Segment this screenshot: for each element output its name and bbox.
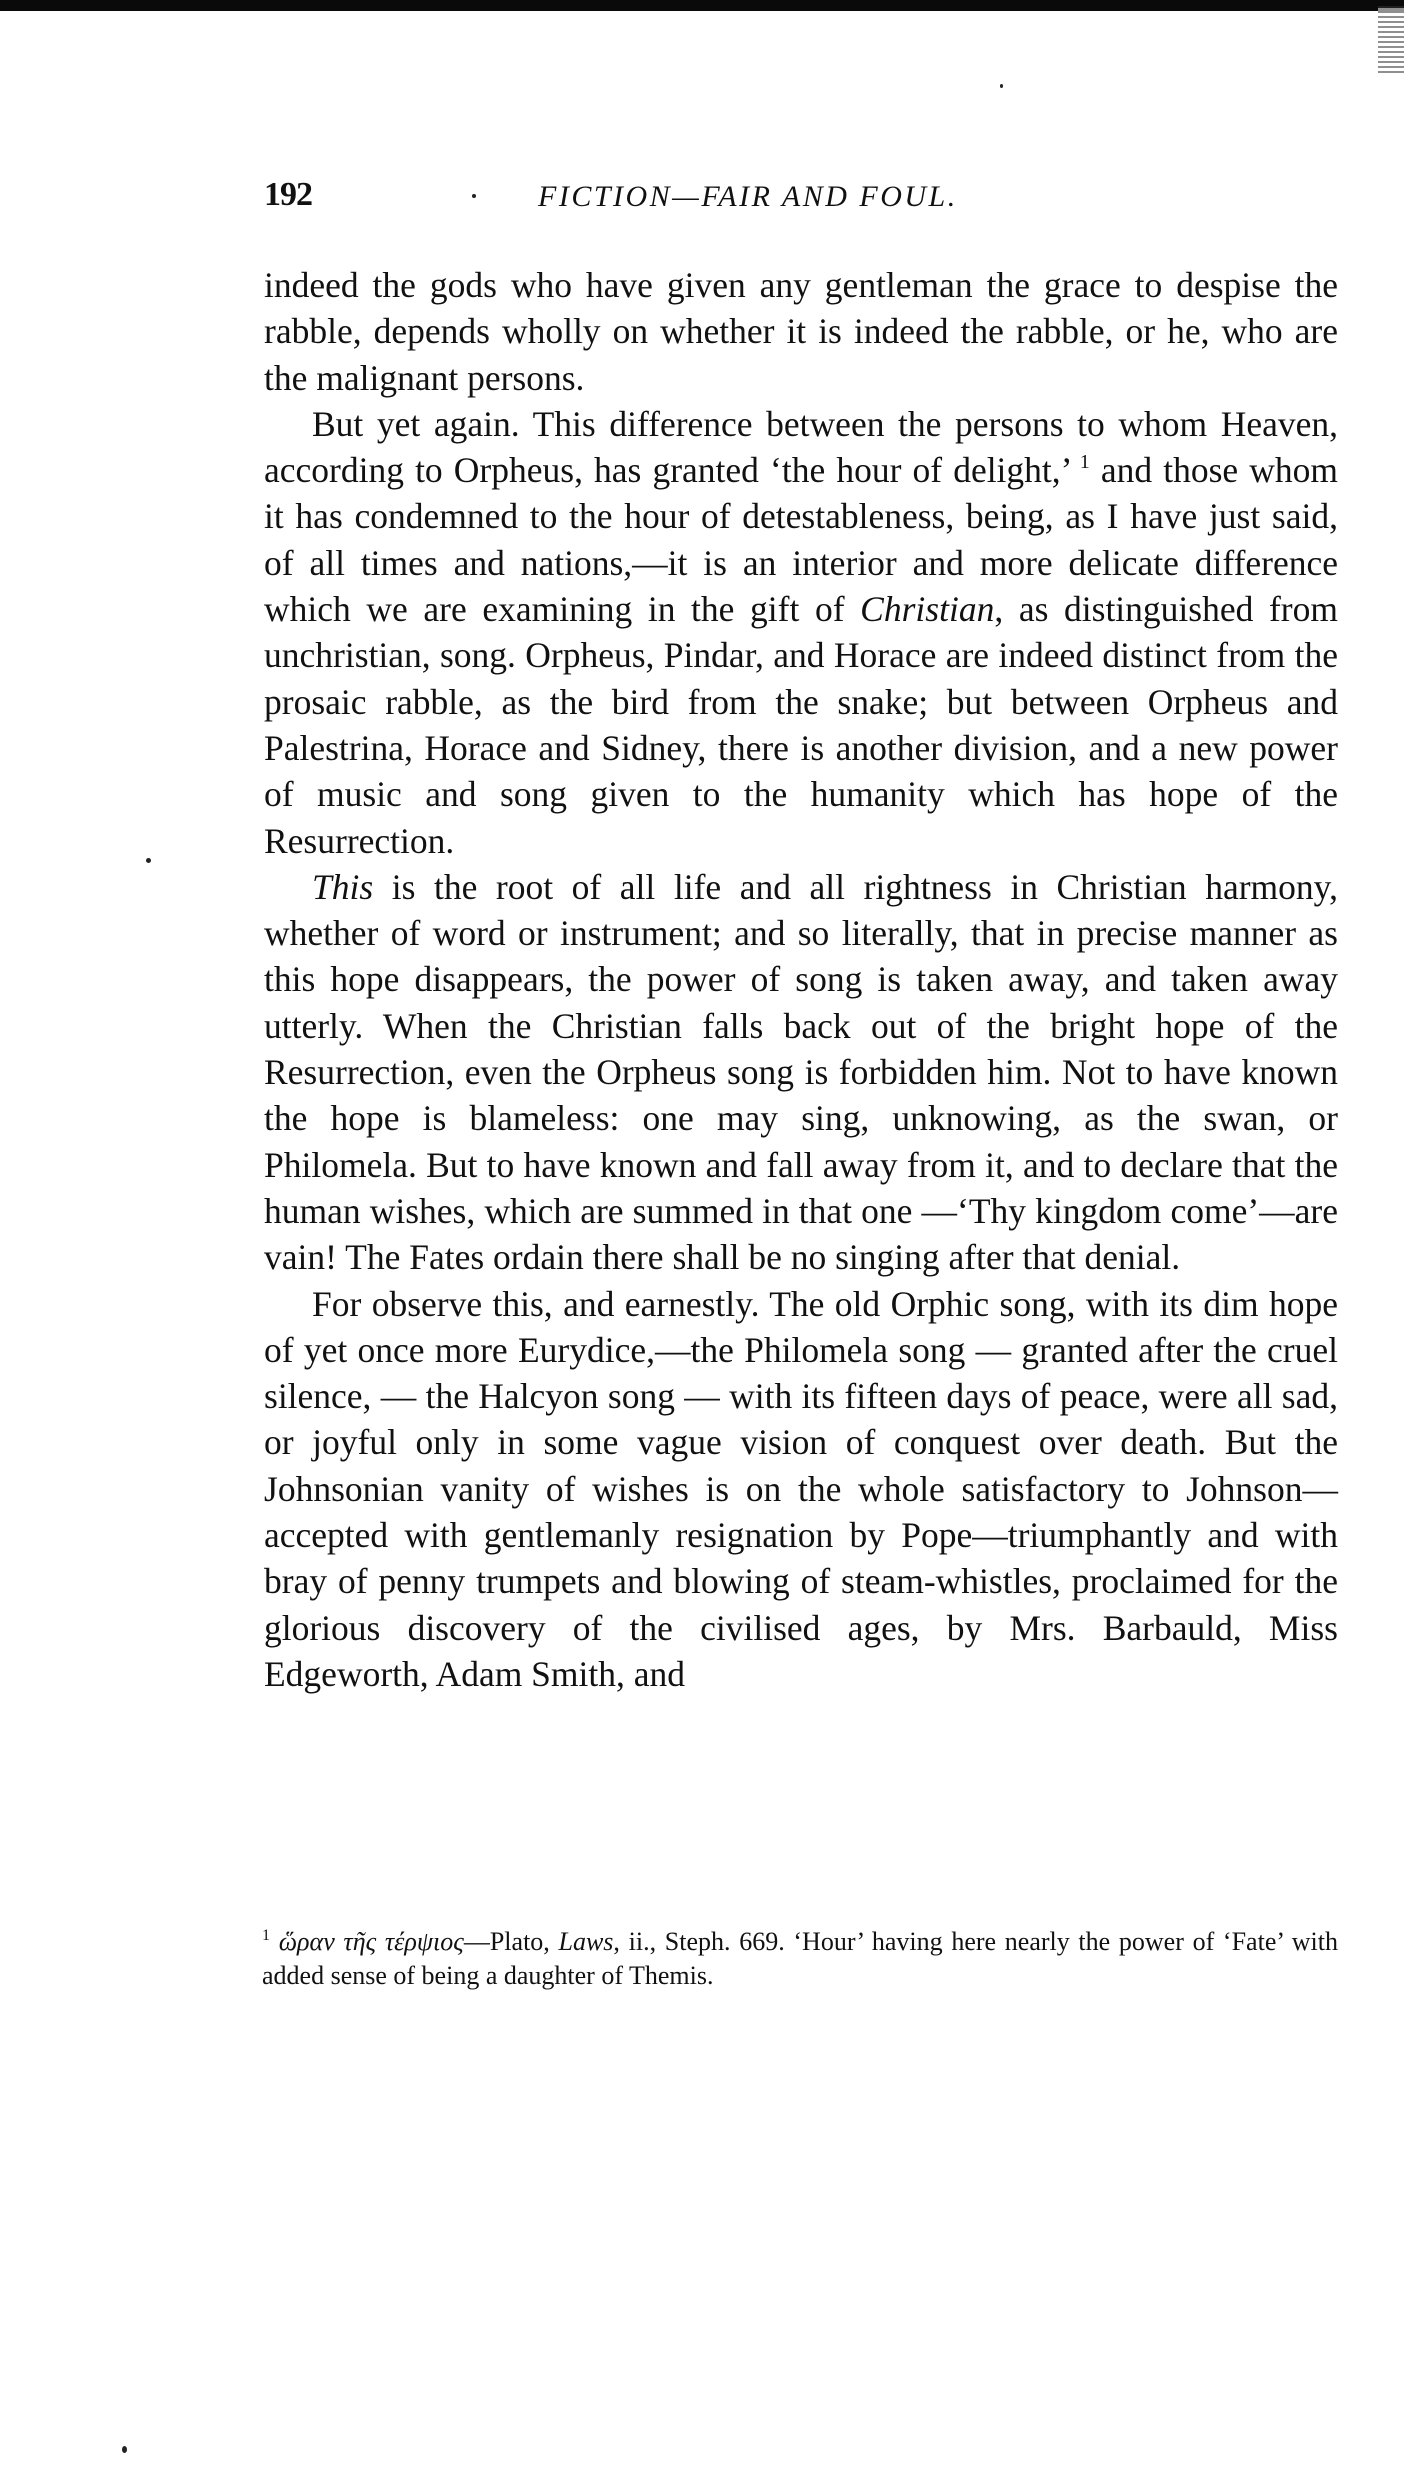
scan-page-edge [1378, 6, 1404, 76]
footnote-work-title: Laws [559, 1927, 614, 1956]
paragraph-text: , as distinguished from unchristian, son… [264, 589, 1338, 860]
scan-speck [472, 194, 476, 198]
footnote-marker: 1 [262, 1927, 270, 1944]
body-text: indeed the gods who have given any gentl… [264, 262, 1338, 1697]
scan-speck [122, 2446, 127, 2453]
paragraph: indeed the gods who have given any gentl… [264, 262, 1338, 401]
scan-border-top [0, 0, 1404, 11]
footnote: 1 ὥραν τῆς τέρψιος—Plato, Laws, ii., Ste… [262, 1925, 1338, 1993]
footnote-citation: —Plato, [464, 1927, 559, 1956]
paragraph-text: For observe this, and earnestly. The old… [264, 1284, 1338, 1694]
running-title: FICTION—FAIR AND FOUL. [538, 180, 958, 214]
paragraph: This is the root of all life and all rig… [264, 864, 1338, 1281]
running-head: 192 FICTION—FAIR AND FOUL. [264, 176, 1338, 226]
page-number: 192 [264, 176, 312, 214]
paragraph-text: is the root of all life and all rightnes… [264, 867, 1338, 1277]
italic-text: This [312, 867, 373, 907]
paragraph: For observe this, and earnestly. The old… [264, 1281, 1338, 1698]
paragraph-text: indeed the gods who have given any gentl… [264, 265, 1338, 398]
footnote-reference: 1 [1073, 451, 1090, 473]
scan-speck [146, 858, 151, 863]
scan-speck [1000, 84, 1003, 88]
paragraph: But yet again. This difference between t… [264, 401, 1338, 864]
footnote-greek-quote: ὥραν τῆς τέρψιος [279, 1927, 464, 1956]
italic-text: Christian [860, 589, 994, 629]
